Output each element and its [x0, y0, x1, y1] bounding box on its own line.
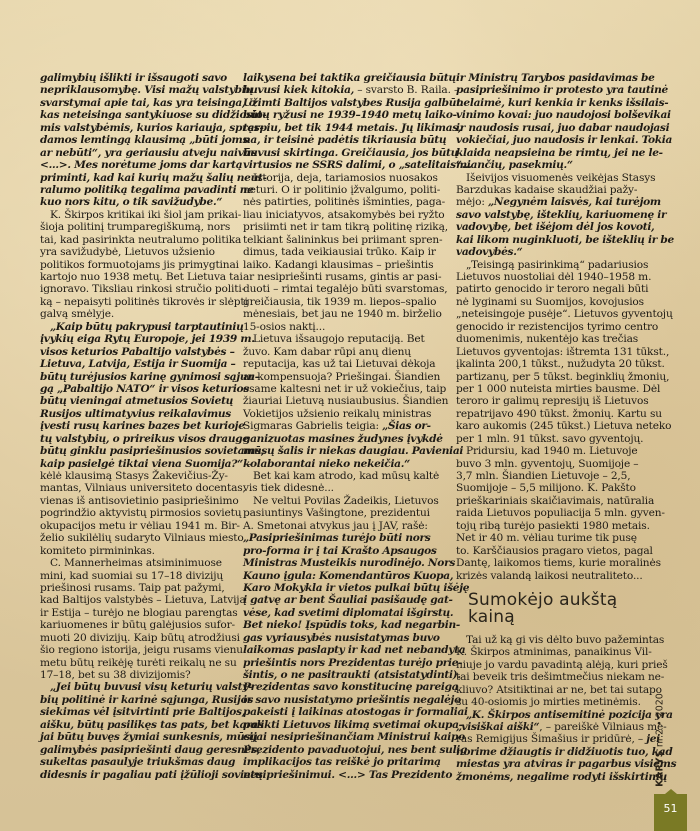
- quote-text: svarstymai apie tai, kas yra teisinga, o: [40, 97, 255, 109]
- body-text: vis tiek didesnė...: [243, 482, 334, 494]
- quote-text: ir naudosis rusai, juo dabar naudojasi: [456, 122, 669, 134]
- quote-text: Kauno įgula: Komendantūros Kuopa,: [243, 570, 453, 582]
- text-line: jai būtų buvęs žymiai sunkesnis, mūsų: [40, 731, 228, 743]
- text-line: „visiškai aiški“, – pareiškė Vilniaus me…: [456, 721, 648, 733]
- text-line: per 1 000 nuteista mirties bausme. Dėl: [456, 383, 648, 395]
- text-line: Istorija, deja, tariamosios nuosakos: [243, 172, 435, 184]
- text-line: Lietuva išsaugojo reputaciją. Bet: [243, 333, 435, 345]
- quote-text: siekimas vėl įsitvirtinti prie Baltijos,: [40, 706, 245, 718]
- text-line: nelaimė, kuri kenkia ir kenks išsilais-: [456, 97, 648, 109]
- text-line: yra savižudybė, Lietuvos užsienio: [40, 246, 228, 258]
- text-line: Karo Mokykla ir vietos pulkai būtų išėję: [243, 582, 435, 594]
- quote-text: miestas yra atviras ir pagarbus visiems: [456, 758, 676, 770]
- body-text: nė lyginami su Suomijos, kovojusios: [456, 296, 644, 308]
- quote-text: priminti, kad kai kurių mažų šalių neut-: [40, 172, 267, 184]
- quote-text: miančių, pasekmių.“: [456, 159, 573, 171]
- body-text: okupacijos metu ir vėliau 1941 m. Bir-: [40, 520, 240, 532]
- text-line: palikti Lietuvos likimą svetimai okupa-: [243, 719, 435, 731]
- text-line: implikacijos tas reiškė jo pritarimą: [243, 756, 435, 768]
- quote-text: palikti Lietuvos likimą svetimai okupa-: [243, 719, 463, 731]
- quote-text: vadovybę, bet išėjom dėl jos kovoti,: [456, 221, 654, 233]
- body-text: patirto genocido ir teroro negali būti: [456, 283, 648, 295]
- text-line: esame kaltesni net ir už vokiečius, taip: [243, 383, 435, 395]
- body-text: tai, kad pasirinkta neutralumo politika: [40, 234, 241, 246]
- quote-text: Užimti Baltijos valstybes Rusija galbūt: [243, 97, 461, 109]
- text-line: galimybių išlikti ir išsaugoti savo: [40, 72, 228, 84]
- text-line: „neteisingoje pusėje“. Lietuvos gyventoj…: [456, 308, 648, 320]
- text-line: „Jei būtų buvusi visų keturių valsty-: [40, 681, 228, 693]
- text-line: pasipriešinimo ir protesto yra tautinė: [456, 84, 648, 96]
- quote-text: buvusi kiek kitokia,: [243, 84, 354, 96]
- quote-text: Rusijos ultimatyvius reikalavimus: [40, 408, 231, 420]
- quote-text: „K. Škirpos antisemitinė pozicija yra: [466, 709, 673, 721]
- quote-text: būtų vieningai atmetusios Sovietų: [40, 395, 233, 407]
- body-text: šio regiono istorija, jeigu rusams vienu: [40, 644, 243, 656]
- quote-text: „Kaip būtų pakrypusi tarptautinių: [50, 321, 243, 333]
- text-line: krizės valandą laikosi neutraliteto...: [456, 570, 648, 582]
- text-line: mantas, Vilniaus universiteto docentas,: [40, 482, 228, 494]
- body-text: K. Škirpos atminimas, panaikinus Vil-: [456, 646, 652, 658]
- page-number: 51: [654, 794, 687, 831]
- text-line: bių politinė ir karinė sąjunga, Rusijos: [40, 694, 228, 706]
- text-line: duomenimis, nukentėjo kas trečias: [456, 333, 648, 345]
- quote-text: įvesti rusų karines bazes bet kurioje: [40, 420, 245, 432]
- quote-text: ir Ministrų Tarybos pasidavimas be: [456, 72, 655, 84]
- body-text: įkalinta 200,1 tūkst., nužudyta 20 tūkst…: [456, 358, 665, 370]
- quote-text: pasipriešinimo ir protesto yra tautinė: [456, 84, 668, 96]
- text-line: Ministras Musteikis nurodinėjo. Nors: [243, 557, 435, 569]
- text-line: didesnis ir pagaliau pati įžūlioji sovie…: [40, 769, 228, 781]
- text-line: pro-forma ir į tai Krašto Apsaugos: [243, 545, 435, 557]
- quote-text: implikacijos tas reiškė jo pritarimą: [243, 756, 441, 768]
- text-line: mis valstybėmis, kurios kariauja, spręs-: [40, 122, 228, 134]
- text-line: kartojo nuo 1938 metų. Bet Lietuva tai: [40, 271, 228, 283]
- body-text: mini, kad suomiai su 17–18 divizijų: [40, 570, 223, 582]
- text-line: telkiant šalininkus bei priimant spren-: [243, 234, 435, 246]
- body-text: K. Škirpos kritikai iki šiol jam prikai-: [50, 209, 241, 221]
- text-line: būtų turėjusios karinę gynimosi sąjun-: [40, 371, 228, 383]
- text-line: 15-osios naktį...: [243, 321, 435, 333]
- text-line: tarpiu, bet tik 1944 metais. Jų likimas,: [243, 122, 435, 134]
- text-line: muoti 20 divizijų. Kaip būtų atrodžiusi: [40, 632, 228, 644]
- article-column-1: galimybių išlikti ir išsaugoti savonepri…: [40, 72, 228, 781]
- body-text: prisiimti net ir tam tikrą politinę rizi…: [243, 221, 448, 233]
- quote-text: „Šias or-: [382, 420, 431, 432]
- text-line: reputacija, kas už tai Lietuvai dėkoja: [243, 358, 435, 370]
- body-text: Bet kai kam atrodo, kad mūsų kaltė: [253, 470, 439, 482]
- body-text: želio sukilėlių sudaryto Vilniaus miesto: [40, 532, 244, 544]
- text-line: galimybės pasipriešinti daug geresnės,: [40, 744, 228, 756]
- text-line: kėlė klausimą Stasys Žakevičius-Žy-: [40, 470, 228, 482]
- body-text: reputacija, kas už tai Lietuvai dėkoja: [243, 358, 435, 370]
- body-text: genocido ir rezistencijos tyrimo centro: [456, 321, 658, 333]
- quote-text: ar nebūti“, yra geriausiu atveju naivūs: [40, 147, 257, 159]
- quote-text: vadovybės.“: [456, 246, 522, 258]
- text-line: galvą smėlyje.: [40, 308, 228, 320]
- text-line: buvusi skirtinga. Greičiausia, jos būtų: [243, 147, 435, 159]
- body-text: liau iniciatyvos, atsakomybės bei ryžto: [243, 209, 445, 221]
- body-text: ar nesipriešinti rusams, gintis ar pasi-: [243, 271, 441, 283]
- magazine-name: KARYS: [655, 750, 666, 787]
- column-3-body: ir Ministrų Tarybos pasidavimas bepasipr…: [456, 72, 648, 582]
- body-text: kartojo nuo 1938 metų. Bet Lietuva tai: [40, 271, 243, 283]
- text-line: Lietuva, Latvija, Estija ir Suomija –: [40, 358, 228, 370]
- text-line: tai, kad pasirinkta neutralumo politika: [40, 234, 228, 246]
- quote-text: jai būtų buvęs žymiai sunkesnis, mūsų: [40, 731, 257, 743]
- quote-text: damos lemtingą klausimą „būti joms: [40, 134, 248, 146]
- quote-text: Ministras Musteikis nurodinėjo. Nors: [243, 557, 455, 569]
- body-text: mėnesiais, bet jau ne 1940 m. birželio: [243, 308, 442, 320]
- body-text: „neteisingoje pusėje“. Lietuvos gyventoj…: [456, 308, 673, 320]
- text-line: įvesti rusų karines bazes bet kurioje: [40, 420, 228, 432]
- text-line: būtų vieningai atmetusios Sovietų: [40, 395, 228, 407]
- quote-text: <...>. Mes norėtume joms dar kartą: [40, 159, 242, 171]
- text-line: pasiuntinys Vašingtone, prezidentui: [243, 507, 435, 519]
- quote-text: bių politinė ir karinė sąjunga, Rusijos: [40, 694, 253, 706]
- text-line: vokiečiai, juo naudosis ir lenkai. Tokia: [456, 134, 648, 146]
- text-line: būtų ryžusi ne 1939–1940 metų laiko-: [243, 109, 435, 121]
- text-line: Pridursiu, kad 1940 m. Lietuvoje: [456, 445, 648, 457]
- body-text: buvo 3 mln. gyventojų, Suomijoje –: [456, 458, 638, 470]
- section-subheading: Sumokėjo aukštą kainą: [468, 592, 648, 626]
- quote-text: ralumo politiką tegalima pavadinti ne: [40, 184, 254, 196]
- text-line: genocido ir rezistencijos tyrimo centro: [456, 321, 648, 333]
- text-line: duoti – rimtai tegalėjo būti svarstomas,: [243, 283, 435, 295]
- quote-text: na, ir teisinė padėtis tikriausia būtų: [243, 134, 446, 146]
- quote-text: vinimo kovai: juo naudojosi bolševikai: [456, 109, 671, 121]
- text-line: priminti, kad kai kurių mažų šalių neut-: [40, 172, 228, 184]
- text-line: Vokietijos užsienio reikalų ministras: [243, 408, 435, 420]
- quote-text: vėse, kad svetimi diplomatai išgirstų.: [243, 607, 453, 619]
- body-text: 17–18, bet su 38 divizijomis?: [40, 669, 191, 681]
- body-text: kad Baltijos valstybės – Lietuva, Latvij…: [40, 594, 246, 606]
- quote-text: klaida neapsieina be rimtų, jei ne le-: [456, 147, 663, 159]
- body-text: yra savižudybė, Lietuvos užsienio: [40, 246, 215, 258]
- quote-text: didesnis ir pagaliau pati įžūlioji sovie…: [40, 769, 262, 781]
- body-text: laiko. Kadangi klausimas – priešintis: [243, 259, 433, 271]
- text-line: karo aukomis (245 tūkst.) Lietuva neteko: [456, 420, 648, 432]
- body-text: tai beveik tris dešimtmečius niekam ne-: [456, 671, 664, 683]
- text-line: vadovybę, bet išėjom dėl jos kovoti,: [456, 221, 648, 233]
- body-text: mėjo:: [456, 196, 488, 208]
- text-line: gas vyriausybės nusistatymas buvo: [243, 632, 435, 644]
- body-text: ką – nepaisyti politinės tikrovės ir slė…: [40, 296, 248, 308]
- text-line: laikysena bei taktika greičiausia būtų: [243, 72, 435, 84]
- body-text: Net ir 40 m. vėliau turime tik pusę: [456, 532, 637, 544]
- text-line: želio sukilėlių sudaryto Vilniaus miesto: [40, 532, 228, 544]
- quote-text: Karo Mokykla ir vietos pulkai būtų išėję: [243, 582, 469, 594]
- text-line: į gatvę ar bent Šauliai pasišaudę gat-: [243, 594, 435, 606]
- text-line: Užimti Baltijos valstybes Rusija galbūt: [243, 97, 435, 109]
- text-line: mėnesiais, bet jau ne 1940 m. birželio: [243, 308, 435, 320]
- body-text: Dantę, laikomos tiems, kurie moralinės: [456, 557, 661, 569]
- body-text: repatrijavo 490 tūkst. žmonių. Kartu su: [456, 408, 662, 420]
- text-line: Tai už ką gi vis dėlto buvo pažemintas: [456, 634, 648, 646]
- quote-text: „Negynėm laisvės, kai turėjom: [488, 196, 661, 208]
- body-text: žuvo. Kam dabar rūpi anų dienų: [243, 346, 411, 358]
- text-line: neturi. O ir politinio įžvalgumo, politi…: [243, 184, 435, 196]
- text-line: ganizuotas masines žudynes įvykdė: [243, 433, 435, 445]
- text-line: „K. Škirpos antisemitinė pozicija yra: [456, 709, 648, 721]
- text-line: vinimo kovai: juo naudojosi bolševikai: [456, 109, 648, 121]
- body-text: niuje jo vardu pavadintą alėją, kuri pri…: [456, 659, 668, 671]
- text-line: K. Škirpos atminimas, panaikinus Vil-: [456, 646, 648, 658]
- text-line: „Kaip būtų pakrypusi tarptautinių: [40, 321, 228, 333]
- text-line: žiauriai Lietuvą nusiaubusius. Šiandien: [243, 395, 435, 407]
- text-line: 17–18, bet su 38 divizijomis?: [40, 669, 228, 681]
- text-line: K. Škirpos kritikai iki šiol jam prikai-: [40, 209, 228, 221]
- quote-text: įvykių eiga Rytų Europoje, jei 1939 m.: [40, 333, 255, 345]
- body-text: dimus, tada veikiausiai trūko. Kaip ir: [243, 246, 436, 258]
- text-line: Prezidento pavaduotojui, nes bent sulig: [243, 744, 435, 756]
- text-line: sukeltas pasaulyje triukšmas daug: [40, 756, 228, 768]
- text-line: ar nebūti“, yra geriausiu atveju naivūs: [40, 147, 228, 159]
- text-line: tų valstybių, o prireikus visos drauge: [40, 433, 228, 445]
- text-line: šintis, o ne pasitraukti (atsistatydinti…: [243, 669, 435, 681]
- text-line: dimus, tada veikiausiai trūko. Kaip ir: [243, 246, 435, 258]
- text-line: A. Smetonai atvykus jau į JAV, rašė:: [243, 520, 435, 532]
- text-line: mėjo: „Negynėm laisvės, kai turėjom: [456, 196, 648, 208]
- quote-text: Bet nieko! Įspūdis toks, kad negarbin-: [243, 619, 460, 631]
- quote-text: kuo nors kitu, o tik savižudybe.“: [40, 196, 222, 208]
- body-text: per 1 000 nuteista mirties bausme. Dėl: [456, 383, 660, 395]
- body-text: kariuomenes ir būtų galėjusios sufor-: [40, 619, 235, 631]
- text-line: priešintis nors Prezidentas turėjo prie-: [243, 657, 435, 669]
- text-line: laikomas paslapty ir kad net nebandyta: [243, 644, 435, 656]
- body-text: ir Estija – turėjo ne blogiau parengtas: [40, 607, 238, 619]
- text-line: būtų ginklu pasipriešinusios sovietams,: [40, 445, 228, 457]
- text-line: ar kompensuoja? Priešingai. Šiandien: [243, 371, 435, 383]
- body-text: Istorija, deja, tariamosios nuosakos: [253, 172, 438, 184]
- quote-text: galimybės pasipriešinti daug geresnės,: [40, 744, 260, 756]
- text-line: Lietuvos gyventojas: ištremta 131 tūkst.…: [456, 346, 648, 358]
- issue-info: nr.2 • 2020: [655, 693, 666, 750]
- quote-text: galimybių išlikti ir išsaugoti savo: [40, 72, 227, 84]
- body-text: Išeivijos visuomenės veikėjas Stasys: [466, 172, 655, 184]
- text-line: žmonėms, negalime rodyti išskirtinių: [456, 771, 648, 783]
- body-text: krizės valandą laikosi neutraliteto...: [456, 570, 643, 582]
- body-text: A. Smetonai atvykus jau į JAV, rašė:: [243, 520, 428, 532]
- text-line: to. Karščiausios pragaro vietos, pagal: [456, 545, 648, 557]
- quote-text: žmonėms, negalime rodyti išskirtinių: [456, 771, 667, 783]
- text-line: repatrijavo 490 tūkst. žmonių. Kartu su: [456, 408, 648, 420]
- quote-text: savo valstybę, išteklių, kariuomenę ir: [456, 209, 666, 221]
- text-line: miestas yra atviras ir pagarbus visiems: [456, 758, 648, 770]
- text-line: visos keturios Pabaltijo valstybės –: [40, 346, 228, 358]
- text-line: prieškariniais skaičiavimais, natūralia: [456, 495, 648, 507]
- text-line: Lietuvos nuostoliai dėl 1940–1958 m.: [456, 271, 648, 283]
- text-line: nepriklausomybę. Visi mažų valstybių: [40, 84, 228, 96]
- body-text: duoti – rimtai tegalėjo būti svarstomas,: [243, 283, 447, 295]
- body-text: telkiant šalininkus bei priimant spren-: [243, 234, 442, 246]
- text-line: pakeisti į laikinas atostogas ir formali…: [243, 706, 435, 718]
- body-text: su 40-osiomis jo mirties metinėmis.: [456, 696, 641, 708]
- text-line: norime džiaugtis ir didžiuotis tuo, kad: [456, 746, 648, 758]
- quote-text: „Pasipriešinimas turėjo būti nors: [243, 532, 430, 544]
- quote-text: norime džiaugtis ir didžiuotis tuo, kad: [456, 746, 672, 758]
- body-text: kėlė klausimą Stasys Žakevičius-Žy-: [40, 470, 228, 482]
- body-text: karo aukomis (245 tūkst.) Lietuva neteko: [456, 420, 671, 432]
- body-text: Lietuva išsaugojo reputaciją. Bet: [253, 333, 425, 345]
- text-line: buvusi kiek kitokia, – svarsto B. Raila.…: [243, 84, 435, 96]
- text-line: ir Ministrų Tarybos pasidavimas be: [456, 72, 648, 84]
- quote-text: ir savo nusistatymo priešintis negalėjo: [243, 694, 461, 706]
- issue-label: KARYS nr.2 • 2020: [652, 690, 668, 790]
- magazine-page: galimybių išlikti ir išsaugoti savonepri…: [0, 0, 700, 831]
- quote-text: tarpiu, bet tik 1944 metais. Jų likimas,: [243, 122, 461, 134]
- text-line: žuvo. Kam dabar rūpi anų dienų: [243, 346, 435, 358]
- body-text: Suomijoje – 5,5 milijono. K. Pakšto: [456, 482, 636, 494]
- text-line: įkalinta 200,1 tūkst., nužudyta 20 tūkst…: [456, 358, 648, 370]
- quote-text: būtų ginklu pasipriešinusios sovietams,: [40, 445, 264, 457]
- quote-text: nepriklausomybę. Visi mažų valstybių: [40, 84, 253, 96]
- body-text: Lietuvos gyventojas: ištremta 131 tūkst.…: [456, 346, 669, 358]
- body-text: , – pareiškė Vilniaus me-: [539, 721, 666, 733]
- body-text: mantas, Vilniaus universiteto docentas,: [40, 482, 246, 494]
- body-text: tojų ribą turėjo pasiekti 1980 metais.: [456, 520, 650, 532]
- text-line: aišku, būtų pasilikęs tas pats, bet kara…: [40, 719, 228, 731]
- text-line: šioja politinį trumparegiškumą, nors: [40, 221, 228, 233]
- text-line: Suomijoje – 5,5 milijono. K. Pakšto: [456, 482, 648, 494]
- text-line: okupacijos metu ir vėliau 1941 m. Bir-: [40, 520, 228, 532]
- quote-text: buvusi skirtinga. Greičiausia, jos būtų: [243, 147, 458, 159]
- text-line: su 40-osiomis jo mirties metinėmis.: [456, 696, 648, 708]
- body-text: Pridursiu, kad 1940 m. Lietuvoje: [466, 445, 638, 457]
- body-text: – svarsto B. Raila. –: [354, 84, 459, 96]
- text-line: tai beveik tris dešimtmečius niekam ne-: [456, 671, 648, 683]
- body-text: šioja politinį trumparegiškumą, nors: [40, 221, 230, 233]
- body-text: ignoravo. Tiksliau rinkosi stručio polit…: [40, 283, 245, 295]
- quote-text: tų valstybių, o prireikus visos drauge: [40, 433, 249, 445]
- body-text: ar kompensuoja? Priešingai. Šiandien: [243, 371, 440, 383]
- text-line: Bet nieko! Įspūdis toks, kad negarbin-: [243, 619, 435, 631]
- text-line: na, ir teisinė padėtis tikriausia būtų: [243, 134, 435, 146]
- body-text: per 1 mln. 91 tūkst. savo gyventojų.: [456, 433, 643, 445]
- text-line: partizanų, per 5 tūkst. beginklių žmonių…: [456, 371, 648, 383]
- text-line: Net ir 40 m. vėliau turime tik pusę: [456, 532, 648, 544]
- body-text: esame kaltesni net ir už vokiečius, taip: [243, 383, 446, 395]
- quote-text: pakeisti į laikinas atostogas ir formali…: [243, 706, 468, 718]
- quote-text: priešintis nors Prezidentas turėjo prie-: [243, 657, 462, 669]
- text-line: metu būtų reikėję turėti reikalų ne su: [40, 657, 228, 669]
- body-text: „Teisingą pasirinkimą“ padariusios: [466, 259, 648, 271]
- text-line: komiteto pirmininkas.: [40, 545, 228, 557]
- body-text: komiteto pirmininkas.: [40, 545, 155, 557]
- text-line: ir savo nusistatymo priešintis negalėjo: [243, 694, 435, 706]
- body-text: greičiausia, tik 1939 m. liepos–spalio: [243, 296, 436, 308]
- text-line: savo valstybę, išteklių, kariuomenę ir: [456, 209, 648, 221]
- body-text: metu būtų reikėję turėti reikalų ne su: [40, 657, 237, 669]
- quote-text: nesipriešinimui. <...> Tas Prezidento: [243, 769, 452, 781]
- quote-text: gas vyriausybės nusistatymas buvo: [243, 632, 440, 644]
- text-line: „Teisingą pasirinkimą“ padariusios: [456, 259, 648, 271]
- text-line: Ne veltui Povilas Žadeikis, Lietuvos: [243, 495, 435, 507]
- text-line: vadovybės.“: [456, 246, 648, 258]
- text-line: Dantę, laikomos tiems, kurie moralinės: [456, 557, 648, 569]
- body-text: Lietuvos nuostoliai dėl 1940–1958 m.: [456, 271, 651, 283]
- text-line: buvo 3 mln. gyventojų, Suomijoje –: [456, 458, 648, 470]
- quote-text: į gatvę ar bent Šauliai pasišaudę gat-: [243, 594, 453, 606]
- subheading-line-2: kainą: [468, 609, 648, 626]
- body-text: ras Remigijus Šimašius ir pridūrė, –: [456, 733, 646, 745]
- body-text: C. Mannerheimas atsiminimuose: [50, 557, 222, 569]
- text-line: nė lyginami su Suomijos, kovojusios: [456, 296, 648, 308]
- text-line: prisiimti net ir tam tikrą politinę rizi…: [243, 221, 435, 233]
- quote-text: visos keturios Pabaltijo valstybės –: [40, 346, 235, 358]
- quote-text: ganizuotas masines žudynes įvykdė: [243, 433, 443, 445]
- body-text: 15-osios naktį...: [243, 321, 325, 333]
- text-line: kas neteisinga santykiuose su didžiosio-: [40, 109, 228, 121]
- quote-text: laikomas paslapty ir kad net nebandyta: [243, 644, 465, 656]
- text-line: nesipriešinimui. <...> Tas Prezidento: [243, 769, 435, 781]
- column-3-after-subheading: Tai už ką gi vis dėlto buvo pažemintasK.…: [456, 634, 648, 783]
- body-text: kliuvo? Atsitiktinai ar ne, bet tai suta…: [456, 684, 662, 696]
- text-line: gą „Pabaltijo NATO“ ir visos keturios: [40, 383, 228, 395]
- body-text: prieškariniais skaičiavimais, natūralia: [456, 495, 654, 507]
- text-line: kai likom nuginkluoti, be išteklių ir be: [456, 234, 648, 246]
- body-text: priešinosi rusams. Taip pat pažymi,: [40, 582, 225, 594]
- quote-text: aišku, būtų pasilikęs tas pats, bet kara…: [40, 719, 264, 731]
- text-line: svarstymai apie tai, kas yra teisinga, o: [40, 97, 228, 109]
- body-text: Ne veltui Povilas Žadeikis, Lietuvos: [253, 495, 439, 507]
- text-line: Bet kai kam atrodo, kad mūsų kaltė: [243, 470, 435, 482]
- text-line: patirto genocido ir teroro negali būti: [456, 283, 648, 295]
- text-line: „Pasipriešinimas turėjo būti nors: [243, 532, 435, 544]
- text-line: vėse, kad svetimi diplomatai išgirstų.: [243, 607, 435, 619]
- quote-text: pro-forma ir į tai Krašto Apsaugos: [243, 545, 437, 557]
- text-line: teroro ir galimų represijų iš Lietuvos: [456, 395, 648, 407]
- body-text: žiauriai Lietuvą nusiaubusius. Šiandien: [243, 395, 448, 407]
- text-line: ras Remigijus Šimašius ir pridūrė, – jei: [456, 733, 648, 745]
- text-line: vienas iš antisovietinio pasipriešinimo: [40, 495, 228, 507]
- quote-text: mis valstybėmis, kurios kariauja, spręs-: [40, 122, 264, 134]
- body-text: Tai už ką gi vis dėlto buvo pažemintas: [466, 634, 664, 646]
- quote-text: šintis, o ne pasitraukti (atsistatydinti…: [243, 669, 461, 681]
- body-text: 3,7 mln. Šiandien Lietuvoje – 2,5,: [456, 470, 630, 482]
- text-line: Išeivijos visuomenės veikėjas Stasys: [456, 172, 648, 184]
- body-text: politikos formuotojams jis primygtinai: [40, 259, 239, 271]
- body-text: pasiuntinys Vašingtone, prezidentui: [243, 507, 430, 519]
- body-text: neturi. O ir politinio įžvalgumo, politi…: [243, 184, 440, 196]
- text-line: siekimas vėl įsitvirtinti prie Baltijos,: [40, 706, 228, 718]
- text-line: klaida neapsieina be rimtų, jei ne le-: [456, 147, 648, 159]
- quote-text: mūsų šalis ir niekas daugiau. Pavieniai: [243, 445, 463, 457]
- text-line: kad Baltijos valstybės – Lietuva, Latvij…: [40, 594, 228, 606]
- text-line: tojų ribą turėjo pasiekti 1980 metais.: [456, 520, 648, 532]
- quote-text: Lietuva, Latvija, Estija ir Suomija –: [40, 358, 236, 370]
- quote-text: kai likom nuginkluoti, be išteklių ir be: [456, 234, 674, 246]
- text-line: kariuomenes ir būtų galėjusios sufor-: [40, 619, 228, 631]
- body-text: Sigmaras Gabrielis teigia:: [243, 420, 382, 432]
- text-line: ir naudosis rusai, juo dabar naudojasi: [456, 122, 648, 134]
- article-column-2: laikysena bei taktika greičiausia būtųbu…: [243, 72, 435, 781]
- text-line: Kauno įgula: Komendantūros Kuopa,: [243, 570, 435, 582]
- body-text: duomenimis, nukentėjo kas trečias: [456, 333, 638, 345]
- body-text: muoti 20 divizijų. Kaip būtų atrodžiusi: [40, 632, 240, 644]
- article-column-3: ir Ministrų Tarybos pasidavimas bepasipr…: [456, 72, 648, 783]
- text-line: šio regiono istorija, jeigu rusams vienu: [40, 644, 228, 656]
- text-line: įvykių eiga Rytų Europoje, jei 1939 m.: [40, 333, 228, 345]
- quote-text: kaip pasielgė tiktai viena Suomija?“: [40, 458, 243, 470]
- text-line: kaip pasielgė tiktai viena Suomija?“ –: [40, 458, 228, 470]
- text-line: kuo nors kitu, o tik savižudybe.“: [40, 196, 228, 208]
- text-line: greičiausia, tik 1939 m. liepos–spalio: [243, 296, 435, 308]
- quote-text: nelaimė, kuri kenkia ir kenks išsilais-: [456, 97, 668, 109]
- body-text: teroro ir galimų represijų iš Lietuvos: [456, 395, 649, 407]
- text-line: vis tiek didesnė...: [243, 482, 435, 494]
- text-line: nės patirties, politinės išminties, paga…: [243, 196, 435, 208]
- text-line: C. Mannerheimas atsiminimuose: [40, 557, 228, 569]
